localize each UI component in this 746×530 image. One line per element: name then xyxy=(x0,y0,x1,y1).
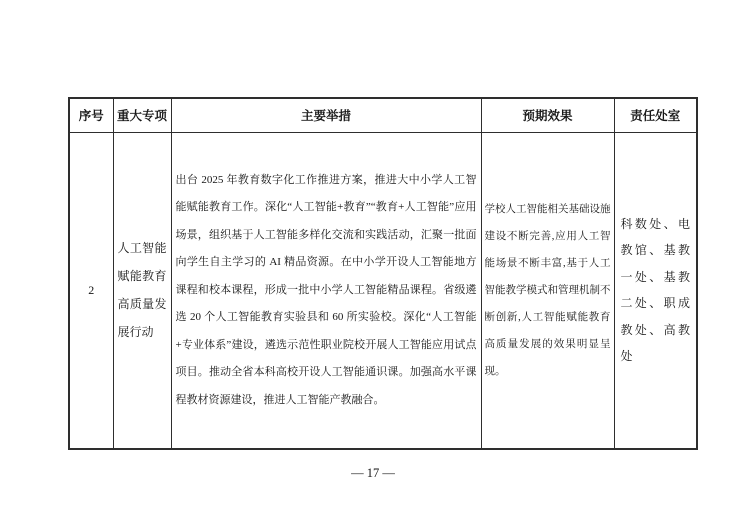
header-expected-results: 预期效果 xyxy=(481,98,614,132)
header-main-measures: 主要举措 xyxy=(171,98,481,132)
cell-expected-results: 学校人工智能相关基础设施建设不断完善,应用人工智能场景不断丰富,基于人工智能教学… xyxy=(481,132,614,449)
document-page: 序号 重大专项 主要举措 预期效果 责任处室 2 人工智能赋能教育高质量发展行动… xyxy=(0,0,746,530)
cell-sequence-number: 2 xyxy=(69,132,113,449)
cell-major-project: 人工智能赋能教育高质量发展行动 xyxy=(113,132,171,449)
table-row: 2 人工智能赋能教育高质量发展行动 出台 2025 年教育数字化工作推进方案，推… xyxy=(69,132,697,449)
cell-main-measures: 出台 2025 年教育数字化工作推进方案，推进大中小学人工智能赋能教育工作。深化… xyxy=(171,132,481,449)
table-header-row: 序号 重大专项 主要举措 预期效果 责任处室 xyxy=(69,98,697,132)
header-major-project: 重大专项 xyxy=(113,98,171,132)
cell-responsible-office: 科数处、电教馆、基教一处、基教二处、职成教处、高教处 xyxy=(614,132,697,449)
header-responsible-office: 责任处室 xyxy=(614,98,697,132)
action-plan-table: 序号 重大专项 主要举措 预期效果 责任处室 2 人工智能赋能教育高质量发展行动… xyxy=(68,97,698,450)
header-sequence-number: 序号 xyxy=(69,98,113,132)
page-number: — 17 — xyxy=(0,466,746,481)
